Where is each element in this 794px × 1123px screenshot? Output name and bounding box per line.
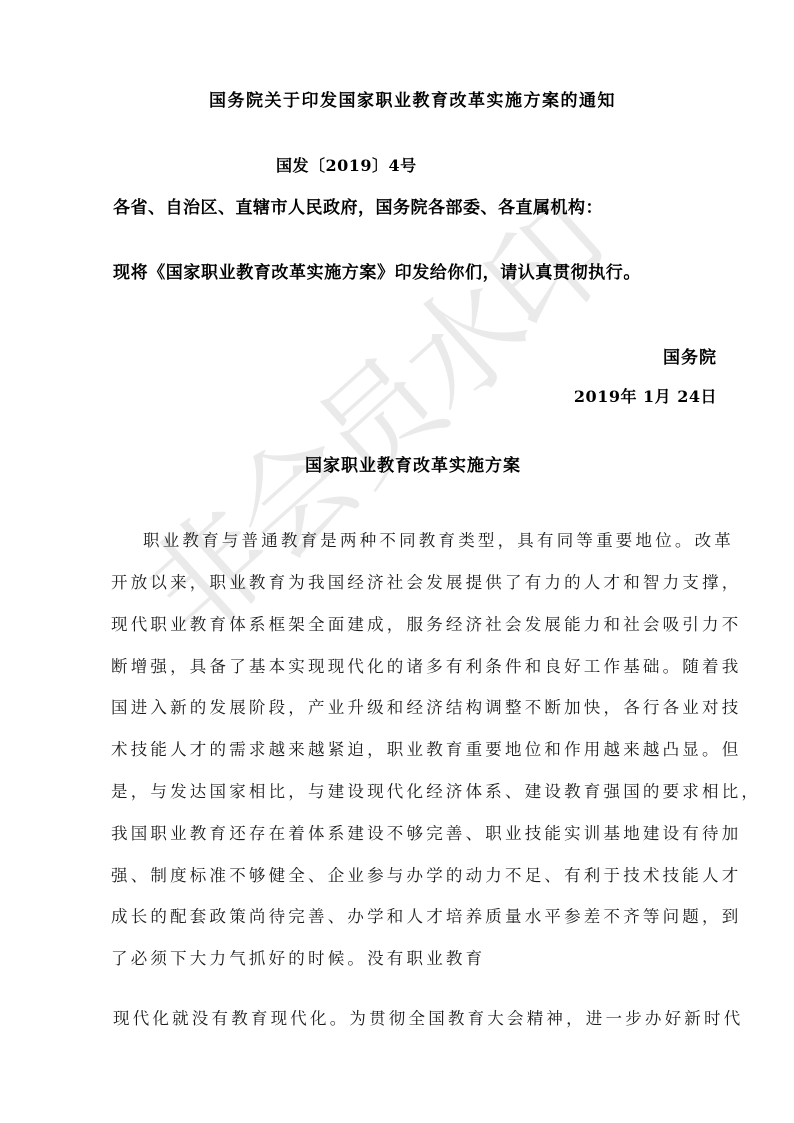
body-line: 职业教育与普通教育是两种不同教育类型，具有同等重要地位。改革 bbox=[143, 527, 734, 551]
sign-date: 2019年 1月 24日 bbox=[574, 384, 717, 407]
document-page: 非会员水印 国务院关于印发国家职业教育改革实施方案的通知 国发〔2019〕4号 … bbox=[0, 0, 794, 1123]
body-line: 国进入新的发展阶段，产业升级和经济结构调整不断加快，各行各业对技 bbox=[111, 694, 741, 718]
recipients-line: 各省、自治区、直辖市人民政府，国务院各部委、各直属机构： bbox=[113, 193, 603, 218]
plan-title: 国家职业教育改革实施方案 bbox=[305, 451, 521, 476]
body-line: 我国职业教育还存在着体系建设不够完善、职业技能实训基地建设有待加 bbox=[111, 820, 741, 844]
body-line: 现代职业教育体系框架全面建成，服务经济社会发展能力和社会吸引力不 bbox=[111, 611, 741, 635]
body-line: 断增强，具备了基本实现现代化的诸多有利条件和良好工作基础。随着我 bbox=[111, 653, 741, 677]
body-line: 成长的配套政策尚待完善、办学和人才培养质量水平参差不齐等问题，到 bbox=[111, 903, 741, 927]
body-line: 开放以来，职业教育为我国经济社会发展提供了有力的人才和智力支撑， bbox=[111, 569, 741, 593]
body-line: 是，与发达国家相比，与建设现代化经济体系、建设教育强国的要求相比， bbox=[111, 778, 761, 802]
body-line: 术技能人才的需求越来越紧迫，职业教育重要地位和作用越来越凸显。但 bbox=[111, 736, 741, 760]
instruction-line: 现将《国家职业教育改革实施方案》印发给你们，请认真贯彻执行。 bbox=[113, 258, 641, 283]
notice-title: 国务院关于印发国家职业教育改革实施方案的通知 bbox=[209, 86, 616, 111]
document-number: 国发〔2019〕4号 bbox=[276, 153, 417, 176]
signer: 国务院 bbox=[663, 343, 717, 368]
continuation-line: 现代化就没有教育现代化。为贯彻全国教育大会精神，进一步办好新时代 bbox=[113, 1005, 743, 1029]
body-line: 强、制度标准不够健全、企业参与办学的动力不足、有利于技术技能人才 bbox=[111, 862, 741, 886]
body-line: 了必须下大力气抓好的时候。没有职业教育 bbox=[111, 945, 485, 969]
